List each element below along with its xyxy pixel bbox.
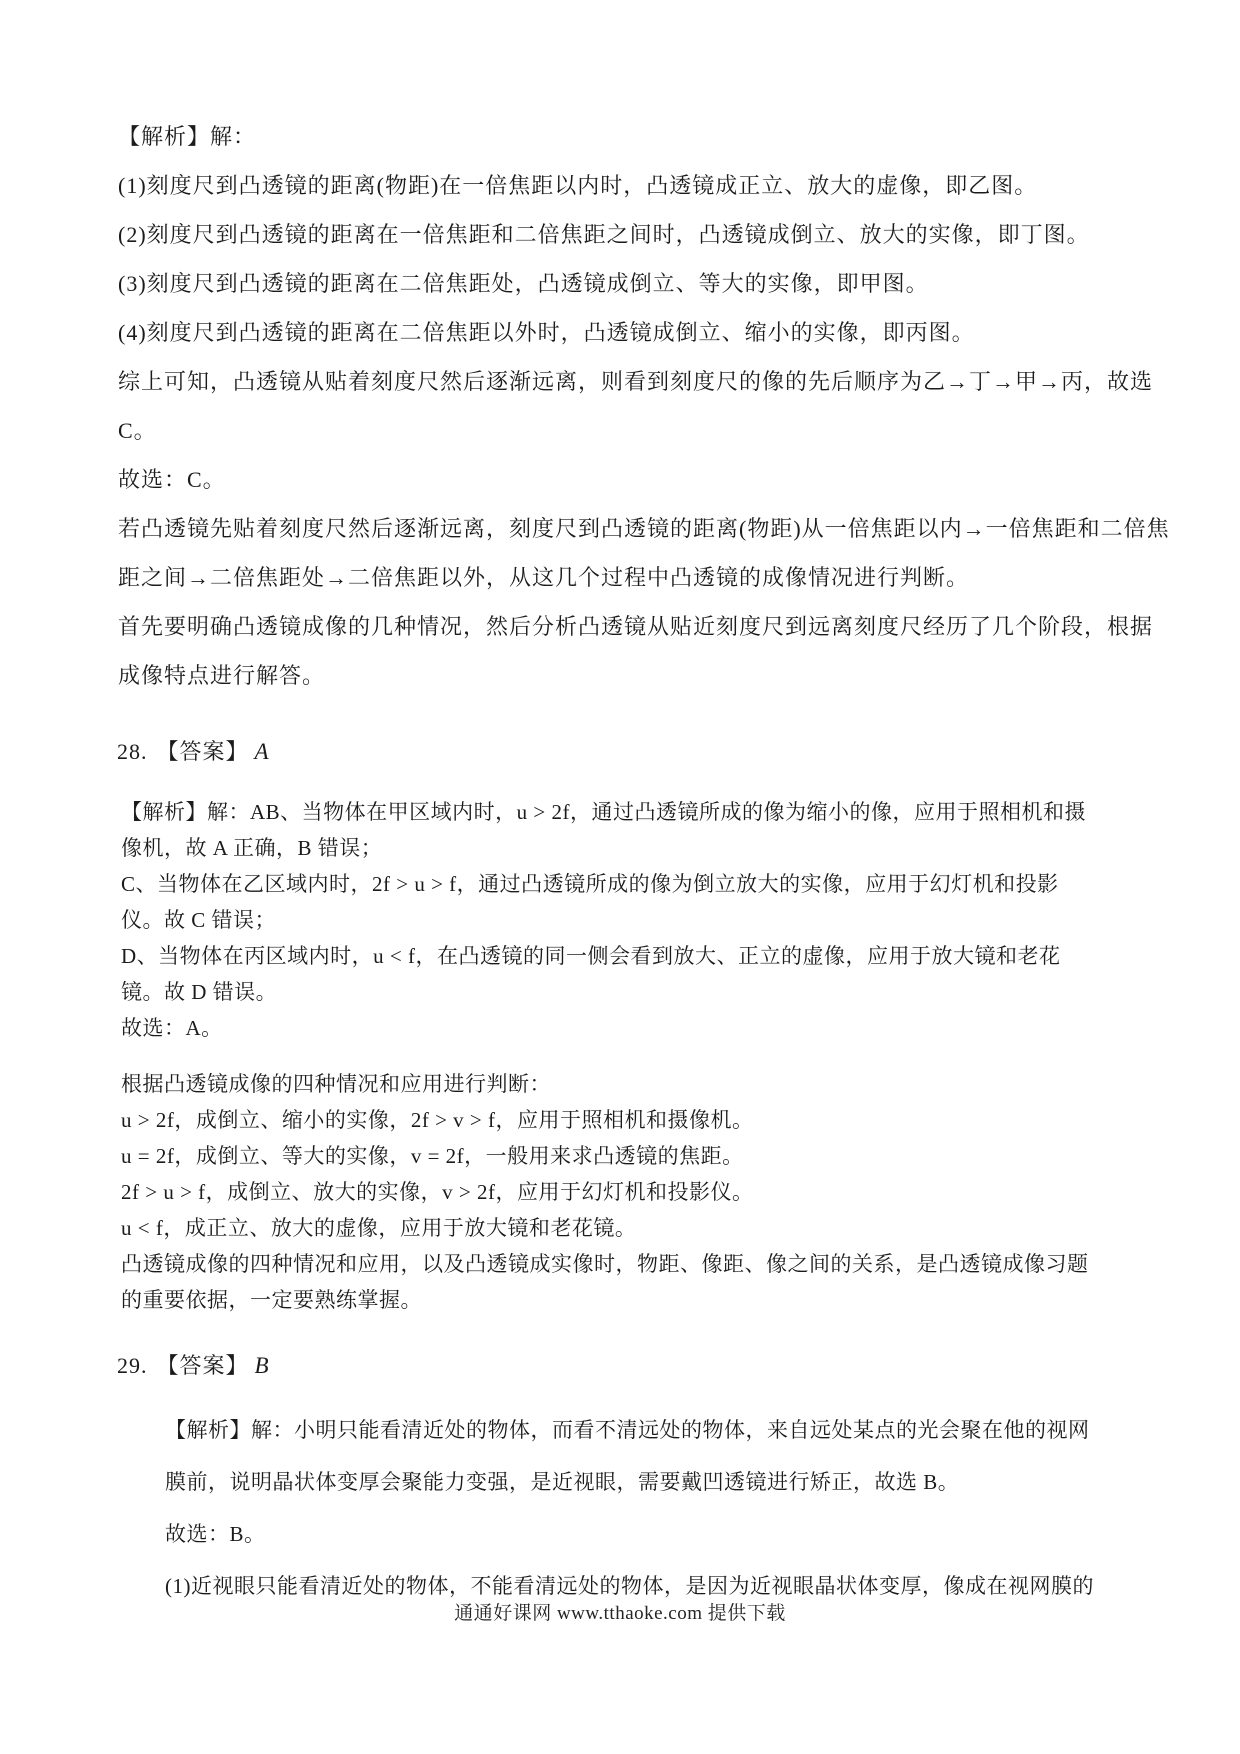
q29-answer-label: 【答案】 [157,1353,249,1378]
q28-answer-heading: 28.【答案】A [117,732,1240,772]
document-page: 【解析】解： (1)刻度尺到凸透镜的距离(物距)在一倍焦距以内时，凸透镜成正立、… [0,0,1240,1754]
q29-analysis-block: 【解析】解：小明只能看清近处的物体，而看不清远处的物体，来自远处某点的光会聚在他… [165,1404,1240,1612]
q28-analysis-line: C、当物体在乙区域内时，2f > u > f，通过凸透镜所成的像为倒立放大的实像… [121,866,1240,902]
q27-analysis-line: (1)刻度尺到凸透镜的距离(物距)在一倍焦距以内时，凸透镜成正立、放大的虚像，即… [118,161,1240,210]
q27-analysis-line: 【解析】解： [118,112,1240,161]
q27-analysis-line: 距之间→二倍焦距处→二倍焦距以外，从这几个过程中凸透镜的成像情况进行判断。 [118,553,1240,602]
q27-analysis-line: (2)刻度尺到凸透镜的距离在一倍焦距和二倍焦距之间时，凸透镜成倒立、放大的实像，… [118,210,1240,259]
q27-analysis-line: C。 [118,406,1240,455]
q28-analysis-line: 的重要依据，一定要熟练掌握。 [121,1282,1240,1318]
q28-answer-value: A [255,739,270,764]
q27-analysis-line: (4)刻度尺到凸透镜的距离在二倍焦距以外时，凸透镜成倒立、缩小的实像，即丙图。 [118,308,1240,357]
q29-analysis-line: 膜前，说明晶状体变厚会聚能力变强，是近视眼，需要戴凹透镜进行矫正，故选 B。 [165,1456,1240,1508]
q29-answer-value: B [255,1353,270,1378]
q28-analysis-line: 故选：A。 [121,1010,1240,1046]
q27-analysis-line: 综上可知，凸透镜从贴着刻度尺然后逐渐远离，则看到刻度尺的像的先后顺序为乙→丁→甲… [118,357,1240,406]
q27-analysis-block: 【解析】解： (1)刻度尺到凸透镜的距离(物距)在一倍焦距以内时，凸透镜成正立、… [118,112,1240,700]
q29-analysis-line: 故选：B。 [165,1508,1240,1560]
page-footer: 通通好课网 www.tthaoke.com 提供下载 [0,1598,1240,1625]
q28-analysis-line: u < f，成正立、放大的虚像，应用于放大镜和老花镜。 [121,1210,1240,1246]
q29-analysis-line: 【解析】解：小明只能看清近处的物体，而看不清远处的物体，来自远处某点的光会聚在他… [165,1404,1240,1456]
q28-analysis-line: 2f > u > f，成倒立、放大的实像，v > 2f，应用于幻灯机和投影仪。 [121,1174,1240,1210]
q28-analysis-line: u = 2f，成倒立、等大的实像，v = 2f，一般用来求凸透镜的焦距。 [121,1138,1240,1174]
q28-analysis-line: 【解析】解：AB、当物体在甲区域内时，u > 2f，通过凸透镜所成的像为缩小的像… [121,794,1240,830]
q28-analysis-line: 凸透镜成像的四种情况和应用，以及凸透镜成实像时，物距、像距、像之间的关系，是凸透… [121,1246,1240,1282]
q27-analysis-line: 首先要明确凸透镜成像的几种情况，然后分析凸透镜从贴近刻度尺到远离刻度尺经历了几个… [118,602,1240,651]
q28-analysis-line: 根据凸透镜成像的四种情况和应用进行判断： [121,1066,1240,1102]
q27-analysis-line: 故选：C。 [118,455,1240,504]
q29-answer-heading: 29.【答案】B [117,1346,1240,1386]
q28-analysis-block: 【解析】解：AB、当物体在甲区域内时，u > 2f，通过凸透镜所成的像为缩小的像… [121,794,1240,1318]
q27-analysis-line: 成像特点进行解答。 [118,651,1240,700]
q28-answer-label: 【答案】 [157,739,249,764]
q28-number: 28. [117,739,148,764]
q27-analysis-line: (3)刻度尺到凸透镜的距离在二倍焦距处，凸透镜成倒立、等大的实像，即甲图。 [118,259,1240,308]
q28-analysis-line: 镜。故 D 错误。 [121,974,1240,1010]
q28-analysis-line: 仪。故 C 错误； [121,902,1240,938]
q28-analysis-line: D、当物体在丙区域内时，u < f，在凸透镜的同一侧会看到放大、正立的虚像，应用… [121,938,1240,974]
q27-analysis-line: 若凸透镜先贴着刻度尺然后逐渐远离，刻度尺到凸透镜的距离(物距)从一倍焦距以内→一… [118,504,1240,553]
q28-analysis-line: 像机，故 A 正确，B 错误； [121,830,1240,866]
q29-number: 29. [117,1353,148,1378]
q28-analysis-line: u > 2f，成倒立、缩小的实像，2f > v > f，应用于照相机和摄像机。 [121,1102,1240,1138]
